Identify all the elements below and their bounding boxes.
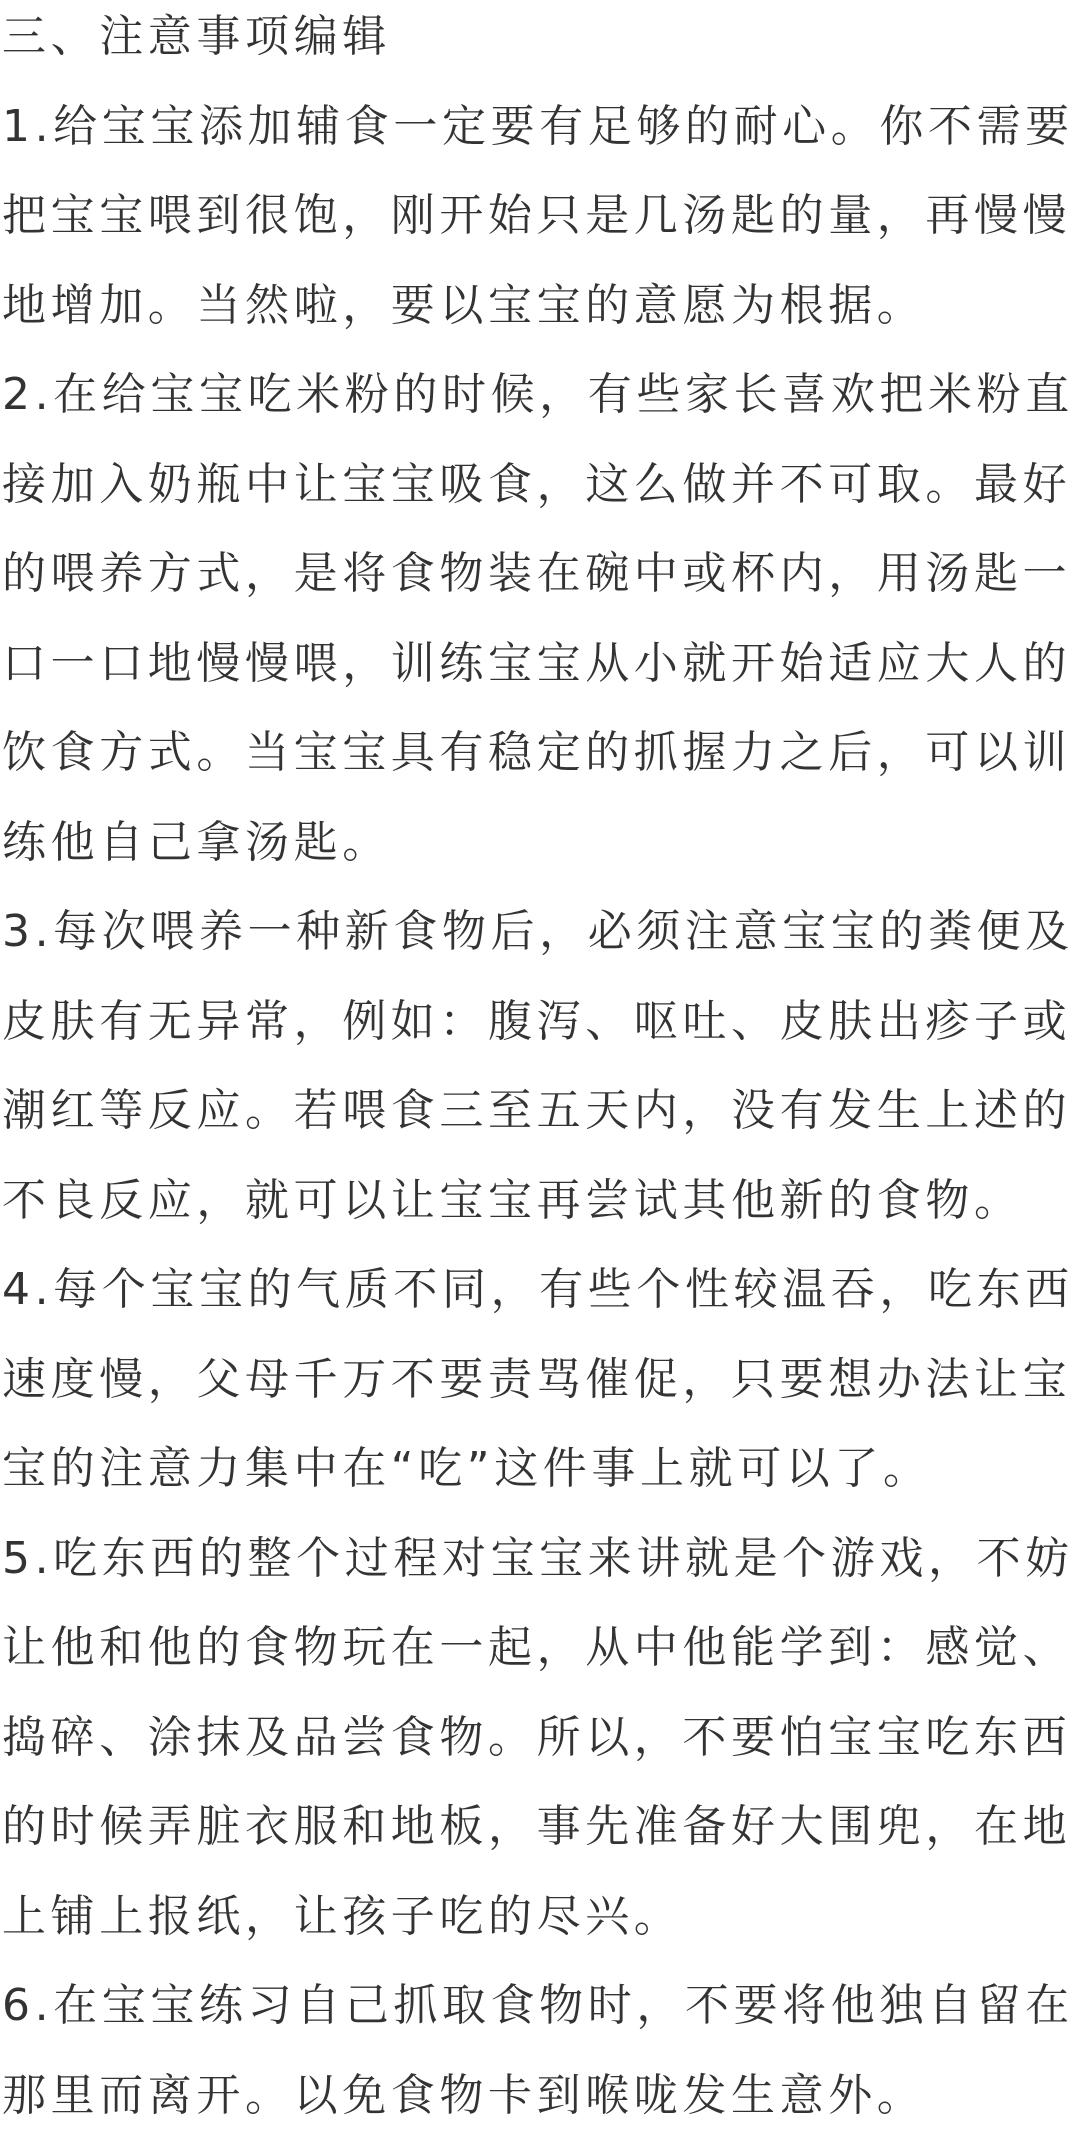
text-line: 捣碎、涂抹及品尝食物。所以，不要怕宝宝吃东西 [2,1693,1080,1783]
text-line: 接加入奶瓶中让宝宝吸食，这么做并不可取。最好 [2,440,1080,530]
text-line: 的时候弄脏衣服和地板，事先准备好大围兜，在地 [2,1782,1080,1872]
text-line: 地增加。当然啦，要以宝宝的意愿为根据。 [2,261,1080,351]
text-line: 让他和他的食物玩在一起，从中他能学到：感觉、 [2,1603,1080,1693]
text-line: 3.每次喂养一种新食物后，必须注意宝宝的粪便及 [2,887,1080,977]
text-line: 上铺上报纸，让孩子吃的尽兴。 [2,1872,1080,1962]
text-line: 4.每个宝宝的气质不同，有些个性较温吞，吃东西 [2,1245,1080,1335]
text-line: 那里而离开。以免食物卡到喉咙发生意外。 [2,2051,1080,2141]
text-line: 把宝宝喂到很饱，刚开始只是几汤匙的量，再慢慢 [2,171,1080,261]
text-line: 宝的注意力集中在“吃”这件事上就可以了。 [2,1424,1080,1514]
text-line: 皮肤有无异常，例如：腹泻、呕吐、皮肤出疹子或 [2,977,1080,1067]
text-line: 1.给宝宝添加辅食一定要有足够的耐心。你不需要 [2,82,1080,172]
text-line: 不良反应，就可以让宝宝再尝试其他新的食物。 [2,1156,1080,1246]
text-line: 5.吃东西的整个过程对宝宝来讲就是个游戏，不妨 [2,1514,1080,1604]
text-line: 2.在给宝宝吃米粉的时候，有些家长喜欢把米粉直 [2,350,1080,440]
text-line: 6.在宝宝练习自己抓取食物时，不要将他独自留在 [2,1961,1080,2051]
section-heading: 三、注意事项编辑 [2,0,1080,82]
text-line: 速度慢，父母千万不要责骂催促，只要想办法让宝 [2,1335,1080,1425]
text-line: 练他自己拿汤匙。 [2,798,1080,888]
document-body: 三、注意事项编辑 1.给宝宝添加辅食一定要有足够的耐心。你不需要 把宝宝喂到很饱… [0,0,1080,2140]
text-line: 的喂养方式，是将食物装在碗中或杯内，用汤匙一 [2,529,1080,619]
text-line: 潮红等反应。若喂食三至五天内，没有发生上述的 [2,1066,1080,1156]
text-line: 口一口地慢慢喂，训练宝宝从小就开始适应大人的 [2,619,1080,709]
text-line: 饮食方式。当宝宝具有稳定的抓握力之后，可以训 [2,708,1080,798]
